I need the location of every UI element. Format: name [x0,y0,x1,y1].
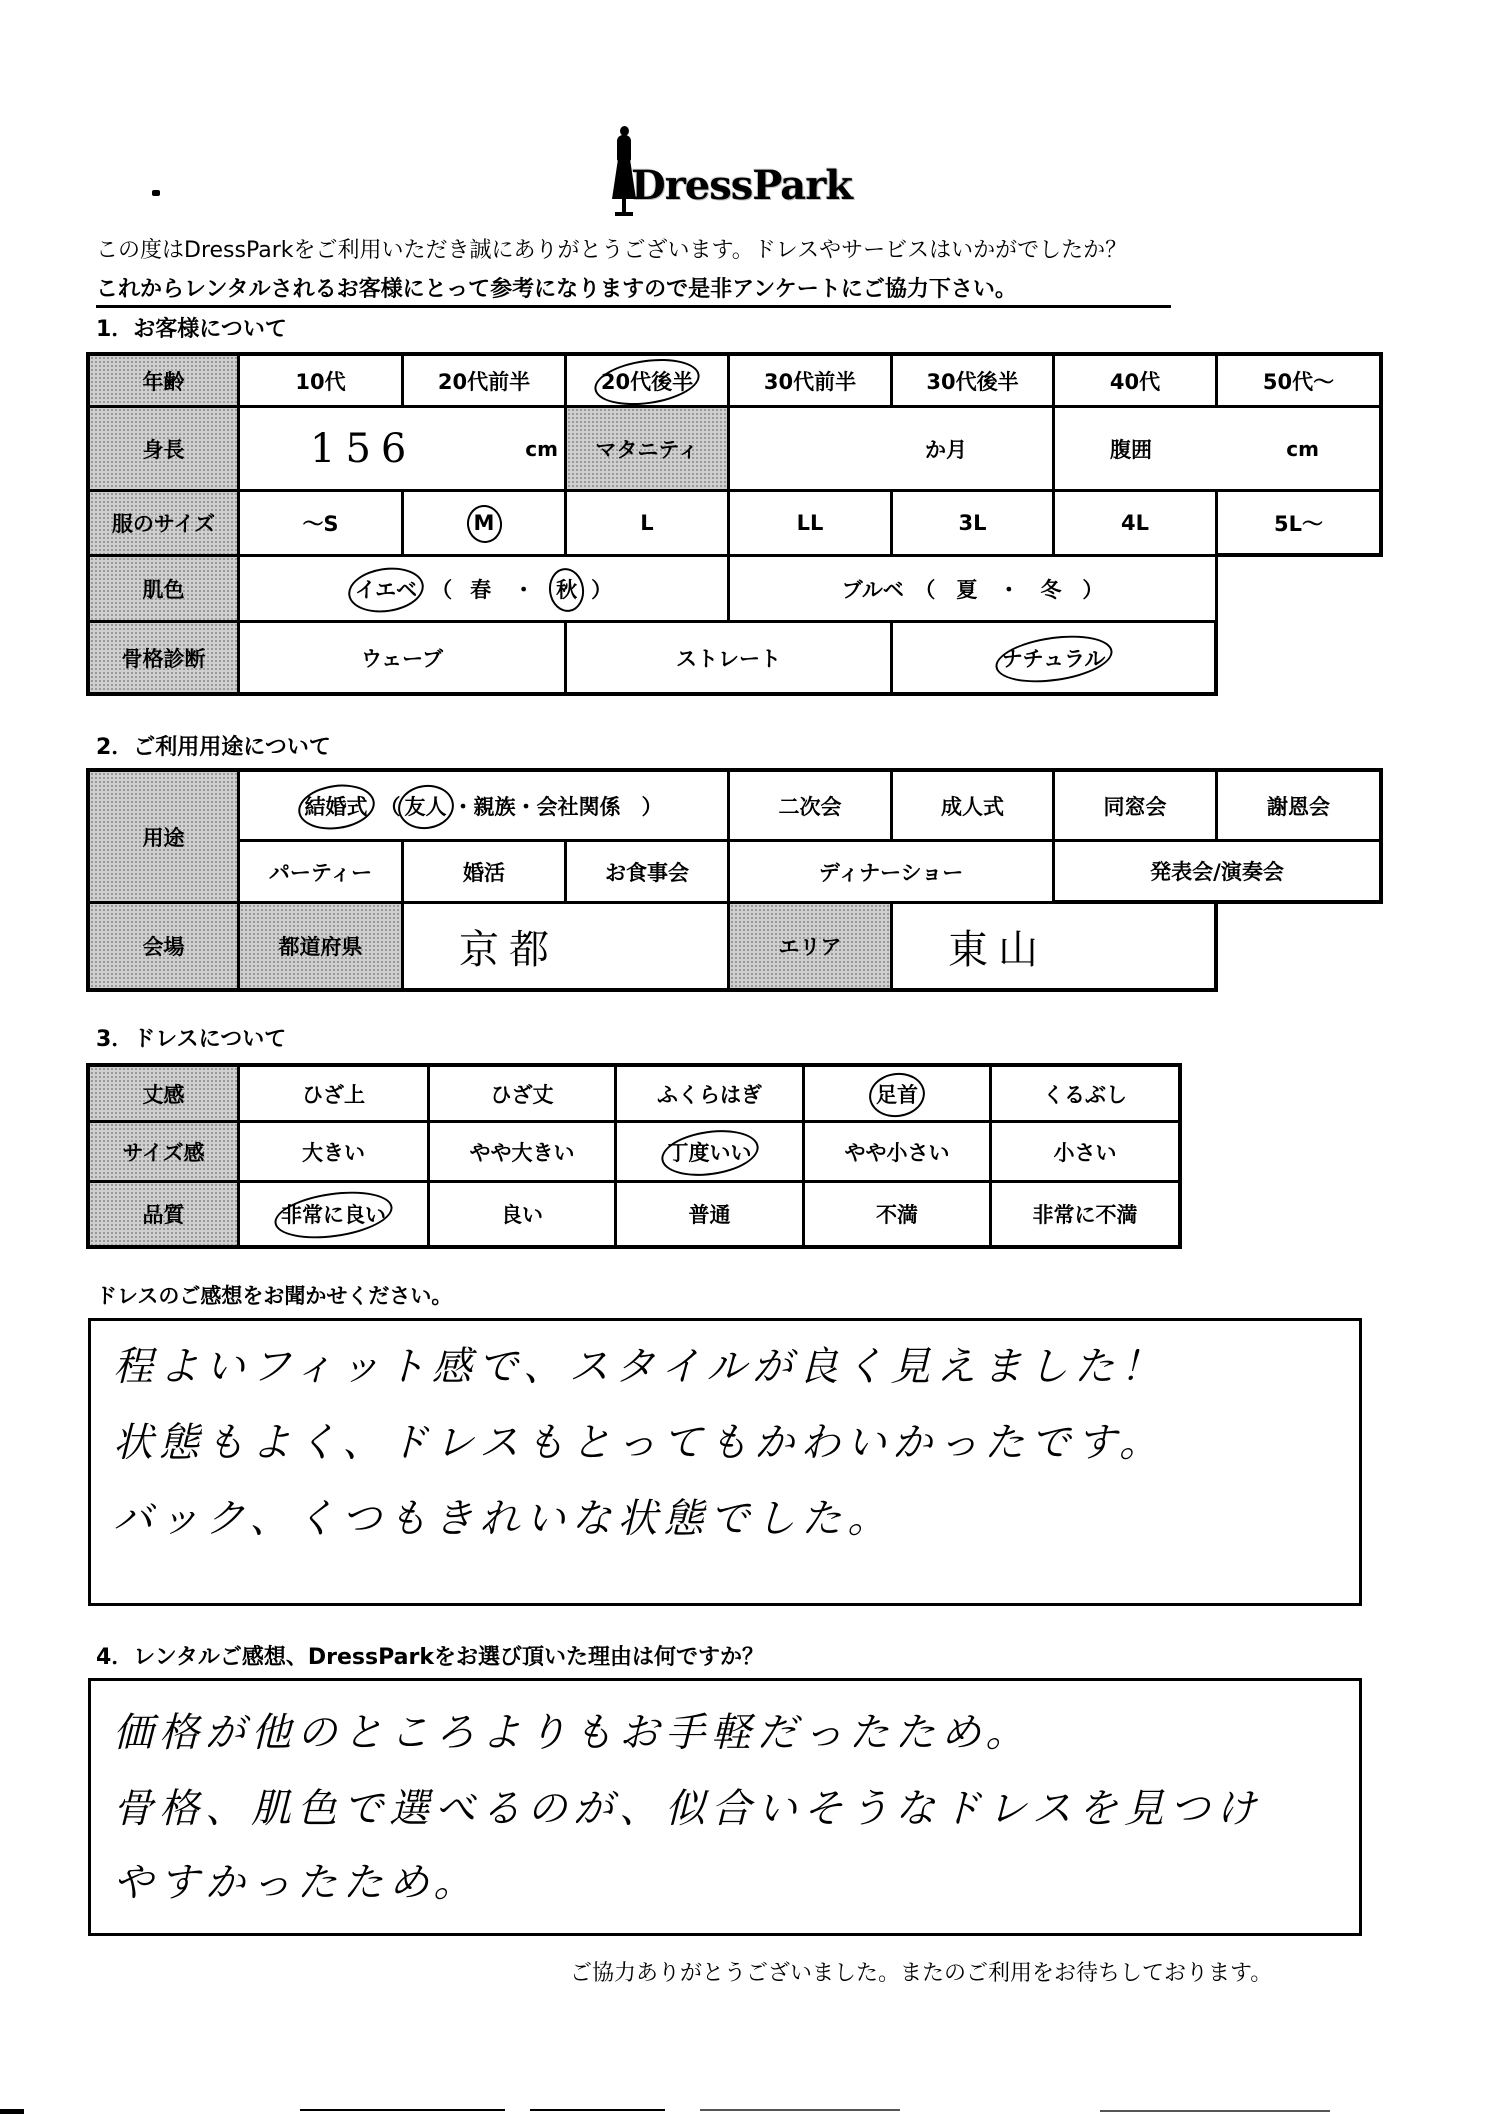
usage-option[interactable]: 二次会 [730,768,893,842]
length-option[interactable]: ひざ上 [240,1063,430,1123]
scan-speck [152,190,160,196]
area-label: エリア [730,904,893,992]
selection-circle: 非常に良い [281,1199,386,1229]
comments-textarea[interactable]: 程よいフィット感で、スタイルが良く見えました！ 状態もよく、ドレスもとってもかわ… [88,1318,1362,1606]
skeletal-option[interactable]: ウェーブ [240,623,567,696]
scan-artifact [700,2109,900,2111]
length-label: 丈感 [86,1063,240,1123]
customer-table: 年齢 10代 20代前半 20代後半 30代前半 30代後半 40代 50代～ … [86,352,1386,698]
quality-option[interactable]: 不満 [805,1183,992,1249]
comment-line: 程よいフィット感で、スタイルが良く見えました！ [113,1335,1166,1392]
section2-heading: 2．ご利用用途について [96,730,331,761]
reason-line: やすかったため。 [113,1851,479,1908]
size-option[interactable]: ～S [240,492,404,557]
fit-option[interactable]: やや小さい [805,1123,992,1183]
size-option[interactable]: L [567,492,730,557]
height-field[interactable]: 156 cm [240,408,567,492]
size-option[interactable]: LL [730,492,893,557]
spring-option[interactable]: 春 [470,574,491,604]
usage-option[interactable]: ディナーショー [730,842,1055,904]
age-option[interactable]: 40代 [1055,352,1218,408]
selection-circle: M [474,511,495,535]
reason-textarea[interactable]: 価格が他のところよりもお手軽だったため。 骨格、肌色で選べるのが、似合いそうなド… [88,1678,1362,1936]
quality-option[interactable]: 普通 [617,1183,805,1249]
age-option[interactable]: 30代後半 [893,352,1055,408]
section3-heading: 3．ドレスについて [96,1022,286,1053]
length-option[interactable]: ひざ丈 [430,1063,617,1123]
yellow-base-option[interactable]: イエベ （ 春 ・ 秋 ） [240,557,730,623]
thank-you-footer: ご協力ありがとうございました。またのご利用をお待ちしております。 [570,1956,1272,1987]
dresspark-logo: DressPark [612,118,852,218]
age-label: 年齢 [86,352,240,408]
selection-circle: 足首 [876,1079,918,1109]
age-option[interactable]: 20代前半 [404,352,567,408]
wedding-selected[interactable]: 結婚式 [305,791,368,821]
age-option[interactable]: 10代 [240,352,404,408]
wedding-option[interactable]: 結婚式 （ 友人 ・親族・会社関係 ） [240,768,730,842]
logo-text: DressPark [631,166,852,218]
maternity-label: マタニティ [567,408,730,492]
intro-text: この度はDressParkをご利用いただき誠にありがとうございます。ドレスやサー… [96,233,1127,264]
intro-request: これからレンタルされるお客様にとって参考になりますので是非アンケートにご協力下さ… [96,272,1171,308]
usage-option[interactable]: 同窓会 [1055,768,1218,842]
usage-option[interactable]: お食事会 [567,842,730,904]
scan-artifact [530,2109,665,2111]
age-option[interactable]: 50代～ [1218,352,1383,408]
selection-circle: ナチュラル [1002,643,1106,673]
height-label: 身長 [86,408,240,492]
height-unit: cm [525,437,558,461]
height-value: 156 [310,426,416,472]
fit-label: サイズ感 [86,1123,240,1183]
size-option[interactable]: 3L [893,492,1055,557]
selection-circle: 丁度いい [668,1137,752,1167]
prefecture-field[interactable]: 京都 [404,904,730,992]
length-option-selected[interactable]: 足首 [805,1063,992,1123]
age-option-selected[interactable]: 20代後半 [567,352,730,408]
dress-table: 丈感 ひざ上 ひざ丈 ふくらはぎ 足首 くるぶし サイズ感 大きい やや大きい … [86,1063,1186,1253]
dress-mannequin-icon [612,126,625,218]
reason-line: 骨格、肌色で選べるのが、似合いそうなドレスを見つけ [113,1777,1262,1834]
maternity-months-field[interactable]: か月 [730,408,1055,492]
usage-option[interactable]: 成人式 [893,768,1055,842]
length-option[interactable]: くるぶし [992,1063,1182,1123]
size-option[interactable]: 5L～ [1218,492,1383,557]
skeletal-option-selected[interactable]: ナチュラル [893,623,1218,696]
quality-option-selected[interactable]: 非常に良い [240,1183,430,1249]
quality-label: 品質 [86,1183,240,1249]
scan-artifact [1100,2110,1330,2112]
size-option-selected[interactable]: M [404,492,567,557]
fit-option[interactable]: やや大きい [430,1123,617,1183]
selection-circle: イエベ [355,574,417,604]
age-option[interactable]: 30代前半 [730,352,893,408]
waist-field[interactable]: 腹囲 cm [1055,408,1383,492]
selection-circle: 20代後半 [601,366,693,396]
friend-selected[interactable]: 友人 [405,791,447,821]
usage-label: 用途 [86,768,240,904]
usage-option[interactable]: 婚活 [404,842,567,904]
comment-line: 状態もよく、ドレスもとってもかわいかったです。 [113,1411,1165,1468]
venue-label: 会場 [86,904,240,992]
usage-option[interactable]: パーティー [240,842,404,904]
area-value: 東山 [948,918,1048,975]
size-option[interactable]: 4L [1055,492,1218,557]
skin-label: 肌色 [86,557,240,623]
usage-option[interactable]: 謝恩会 [1218,768,1383,842]
section4-heading: 4．レンタルご感想、DressParkをお選び頂いた理由は何ですか？ [96,1640,764,1671]
usage-table: 用途 結婚式 （ 友人 ・親族・会社関係 ） 二次会 成人式 同窓会 謝恩会 パ… [86,768,1386,994]
autumn-option-selected[interactable]: 秋 [556,574,577,604]
comments-label: ドレスのご感想をお聞かせください。 [96,1280,452,1310]
reason-line: 価格が他のところよりもお手軽だったため。 [113,1701,1031,1758]
waist-unit: cm [1286,437,1319,461]
scan-artifact [300,2109,505,2111]
length-option[interactable]: ふくらはぎ [617,1063,805,1123]
waist-label: 腹囲 [1110,434,1152,464]
prefecture-label: 都道府県 [240,904,404,992]
fit-option-selected[interactable]: 丁度いい [617,1123,805,1183]
fit-option[interactable]: 小さい [992,1123,1182,1183]
skeletal-label: 骨格診断 [86,623,240,696]
section1-heading: 1．お客様について [96,312,287,343]
quality-option[interactable]: 良い [430,1183,617,1249]
skeletal-option[interactable]: ストレート [567,623,893,696]
scan-artifact [0,2109,24,2114]
blue-base-option[interactable]: ブルベ （ 夏 ・ 冬 ） [730,557,1218,623]
maternity-months-unit: か月 [925,434,967,464]
quality-option[interactable]: 非常に不満 [992,1183,1182,1249]
size-label: 服のサイズ [86,492,240,557]
area-field[interactable]: 東山 [893,904,1218,992]
usage-option[interactable]: 発表会/演奏会 [1055,842,1383,904]
prefecture-value: 京都 [459,918,559,975]
fit-option[interactable]: 大きい [240,1123,430,1183]
comment-line: バック、くつもきれいな状態でした。 [113,1487,893,1544]
